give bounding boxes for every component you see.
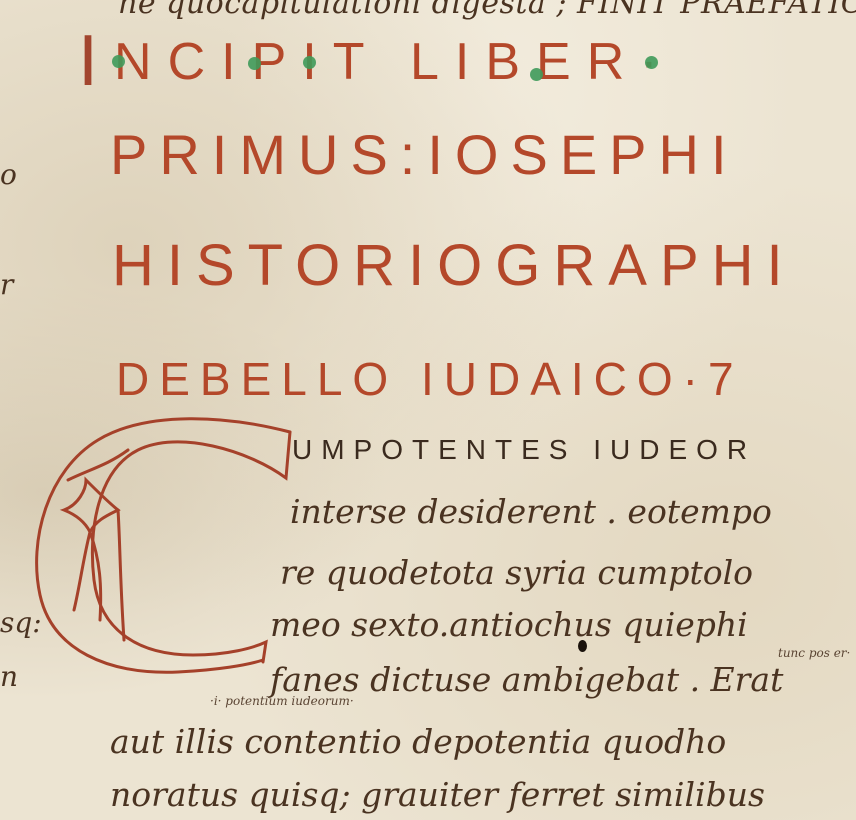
rubric-primus-iosephi: PRIMUS:IOSEPHI bbox=[110, 122, 739, 187]
text-line-6: noratus quisq; grauiter ferret similibus bbox=[110, 775, 765, 814]
left-margin-fragment: sq: bbox=[0, 606, 42, 639]
interlinear-gloss-right: tunc pos er· bbox=[778, 646, 850, 660]
green-dot-decoration bbox=[112, 55, 125, 68]
text-line-2: re quodetota syria cumptolo bbox=[280, 553, 753, 592]
left-margin-fragment: r bbox=[0, 268, 13, 301]
manuscript-page: ne quocapitulationi digesta ; FINIT PRAE… bbox=[0, 0, 856, 820]
decorated-initial-c-icon bbox=[28, 410, 298, 685]
green-dot-decoration bbox=[248, 57, 261, 70]
text-line-3: meo sexto.antiochus quiephi bbox=[270, 605, 748, 644]
rubric-historiographi: HISTORIOGRAPHI bbox=[112, 232, 796, 299]
text-line-1: interse desiderent . eotempo bbox=[290, 492, 772, 531]
rubric-incipit-text: NCIPIT LIBER· bbox=[114, 33, 674, 91]
green-dot-decoration bbox=[530, 68, 543, 81]
rubric-initial-i: I bbox=[78, 21, 114, 101]
green-dot-decoration bbox=[303, 56, 316, 69]
rubric-incipit: INCIPIT LIBER· bbox=[78, 14, 674, 96]
text-capital-line: UMPOTENTES IUDEOR bbox=[292, 434, 756, 466]
text-line-5: aut illis contentio depotentia quodho bbox=[110, 722, 726, 761]
interlinear-gloss-left: ·i· potentium iudeorum· bbox=[210, 694, 354, 708]
left-margin-fragment: n bbox=[0, 660, 18, 693]
ink-blot bbox=[578, 640, 587, 652]
green-dot-decoration bbox=[645, 56, 658, 69]
left-margin-fragment: o bbox=[0, 158, 17, 191]
rubric-de-bello-iudaico: DEBELLO IUDAICO·7 bbox=[116, 352, 744, 406]
